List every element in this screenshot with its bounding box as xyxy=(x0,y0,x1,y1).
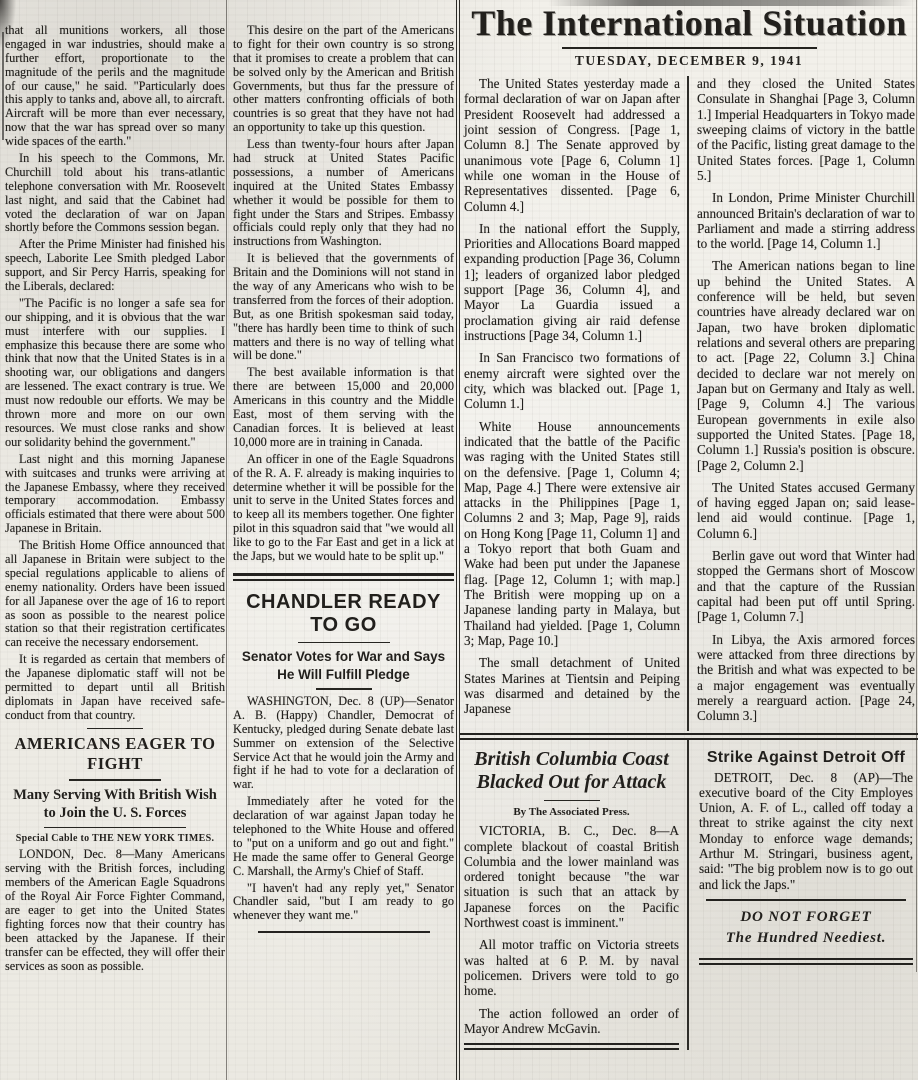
paragraph: In London, Prime Minister Churchill anno… xyxy=(697,190,915,251)
paragraph: The action followed an order of Mayor An… xyxy=(464,1006,679,1037)
paragraph: It is regarded as certain that members o… xyxy=(5,653,225,722)
divider xyxy=(706,899,906,901)
paragraph: Less than twenty-four hours after Japan … xyxy=(233,138,454,249)
paragraph: The British Home Office announced that a… xyxy=(5,539,225,650)
bottom-columns: British Columbia Coast Blacked Out for A… xyxy=(460,740,918,1051)
column-rule xyxy=(916,0,917,972)
international-situation-section: The International Situation TUESDAY, DEC… xyxy=(456,0,918,1080)
paragraph: In San Francisco two formations of enemy… xyxy=(464,350,680,411)
americans-eager-subhead: Many Serving With British Wish to Join t… xyxy=(9,786,221,822)
headline-line: British Columbia Coast xyxy=(474,748,669,770)
paragraph: DETROIT, Dec. 8 (AP)—The executive board… xyxy=(699,770,913,893)
paragraph: VICTORIA, B. C., Dec. 8—A complete black… xyxy=(464,823,679,930)
divider xyxy=(460,733,918,740)
paragraph: Immediately after he voted for the decla… xyxy=(233,795,454,878)
paragraph: Berlin gave out word that Winter had sto… xyxy=(697,548,915,625)
notice-line: DO NOT FORGET xyxy=(740,909,871,925)
scan-streak xyxy=(2,32,4,140)
divider xyxy=(298,642,390,644)
international-situation-title: The International Situation xyxy=(462,2,916,44)
hundred-neediest-notice: DO NOT FORGET The Hundred Neediest. xyxy=(699,907,913,951)
british-columbia-credit: By The Associated Press. xyxy=(464,806,679,818)
americans-fight-article-text: This desire on the part of the Americans… xyxy=(233,24,454,564)
detroit-strike-section: Strike Against Detroit Off DETROIT, Dec.… xyxy=(689,740,918,1051)
americans-eager-headline: AMERICANS EAGER TO FIGHT xyxy=(5,734,225,774)
paragraph: In the national effort the Supply, Prior… xyxy=(464,221,680,344)
british-columbia-section: British Columbia Coast Blacked Out for A… xyxy=(460,740,689,1051)
paragraph: All motor traffic on Victoria streets wa… xyxy=(464,937,679,998)
paragraph: that all munitions workers, all those en… xyxy=(5,24,225,149)
divider xyxy=(562,47,817,49)
paragraph: The United States accused Germany of hav… xyxy=(697,480,915,541)
paragraph: The United States yesterday made a forma… xyxy=(464,76,680,214)
paragraph: LONDON, Dec. 8—Many Americans serving wi… xyxy=(5,848,225,973)
paragraph: In Libya, the Axis armored forces were a… xyxy=(697,632,915,724)
column-middle: This desire on the part of the Americans… xyxy=(233,24,454,933)
paragraph: "I haven't had any reply yet," Senator C… xyxy=(233,882,454,924)
chandler-section: CHANDLER READY TO GO Senator Votes for W… xyxy=(233,591,454,933)
chandler-headline: CHANDLER READY TO GO xyxy=(233,591,454,637)
column-rule xyxy=(226,0,227,1080)
paragraph: "The Pacific is no longer a safe sea for… xyxy=(5,297,225,450)
paragraph: Last night and this morning Japanese wit… xyxy=(5,453,225,536)
paragraph: The American nations began to line up be… xyxy=(697,258,915,472)
detroit-strike-text: DETROIT, Dec. 8 (AP)—The executive board… xyxy=(699,770,913,893)
chandler-text: WASHINGTON, Dec. 8 (UP)—Senator A. B. (H… xyxy=(233,695,454,923)
international-column-b: and they closed the United States Consul… xyxy=(689,76,918,731)
international-columns: The United States yesterday made a forma… xyxy=(460,76,918,731)
divider xyxy=(233,573,454,581)
divider xyxy=(44,827,186,829)
paragraph: The best available information is that t… xyxy=(233,366,454,449)
divider xyxy=(87,728,143,730)
paragraph: An officer in one of the Eagle Squadrons… xyxy=(233,453,454,564)
paragraph: In his speech to the Commons, Mr. Church… xyxy=(5,152,225,235)
newspaper-page: that all munitions workers, all those en… xyxy=(0,0,918,1080)
paragraph: White House announcements indicated that… xyxy=(464,419,680,649)
churchill-article-text: that all munitions workers, all those en… xyxy=(5,24,225,723)
divider xyxy=(544,800,600,802)
paragraph: and they closed the United States Consul… xyxy=(697,76,915,183)
british-columbia-text: VICTORIA, B. C., Dec. 8—A complete black… xyxy=(464,823,679,1036)
headline-line: Blacked Out for Attack xyxy=(477,771,667,793)
notice-line: The Hundred Neediest. xyxy=(726,930,887,946)
americans-eager-credit: Special Cable to THE NEW YORK TIMES. xyxy=(5,833,225,844)
divider xyxy=(699,958,913,965)
divider xyxy=(258,931,430,933)
column-left: that all munitions workers, all those en… xyxy=(5,24,225,976)
paragraph: After the Prime Minister had finished hi… xyxy=(5,238,225,294)
divider xyxy=(464,1043,679,1050)
divider xyxy=(316,688,372,690)
chandler-subhead: Senator Votes for War and Says He Will F… xyxy=(239,648,448,683)
paragraph: The small detachment of United States Ma… xyxy=(464,655,680,716)
date-line: TUESDAY, DECEMBER 9, 1941 xyxy=(460,53,918,69)
british-columbia-headline: British Columbia Coast Blacked Out for A… xyxy=(464,748,679,795)
paragraph: WASHINGTON, Dec. 8 (UP)—Senator A. B. (H… xyxy=(233,695,454,792)
paragraph: It is believed that the governments of B… xyxy=(233,252,454,363)
americans-eager-section: AMERICANS EAGER TO FIGHT Many Serving Wi… xyxy=(5,734,225,973)
americans-eager-text: LONDON, Dec. 8—Many Americans serving wi… xyxy=(5,848,225,973)
divider xyxy=(69,779,161,781)
paragraph: This desire on the part of the Americans… xyxy=(233,24,454,135)
international-column-a: The United States yesterday made a forma… xyxy=(460,76,689,731)
detroit-strike-headline: Strike Against Detroit Off xyxy=(699,749,913,767)
